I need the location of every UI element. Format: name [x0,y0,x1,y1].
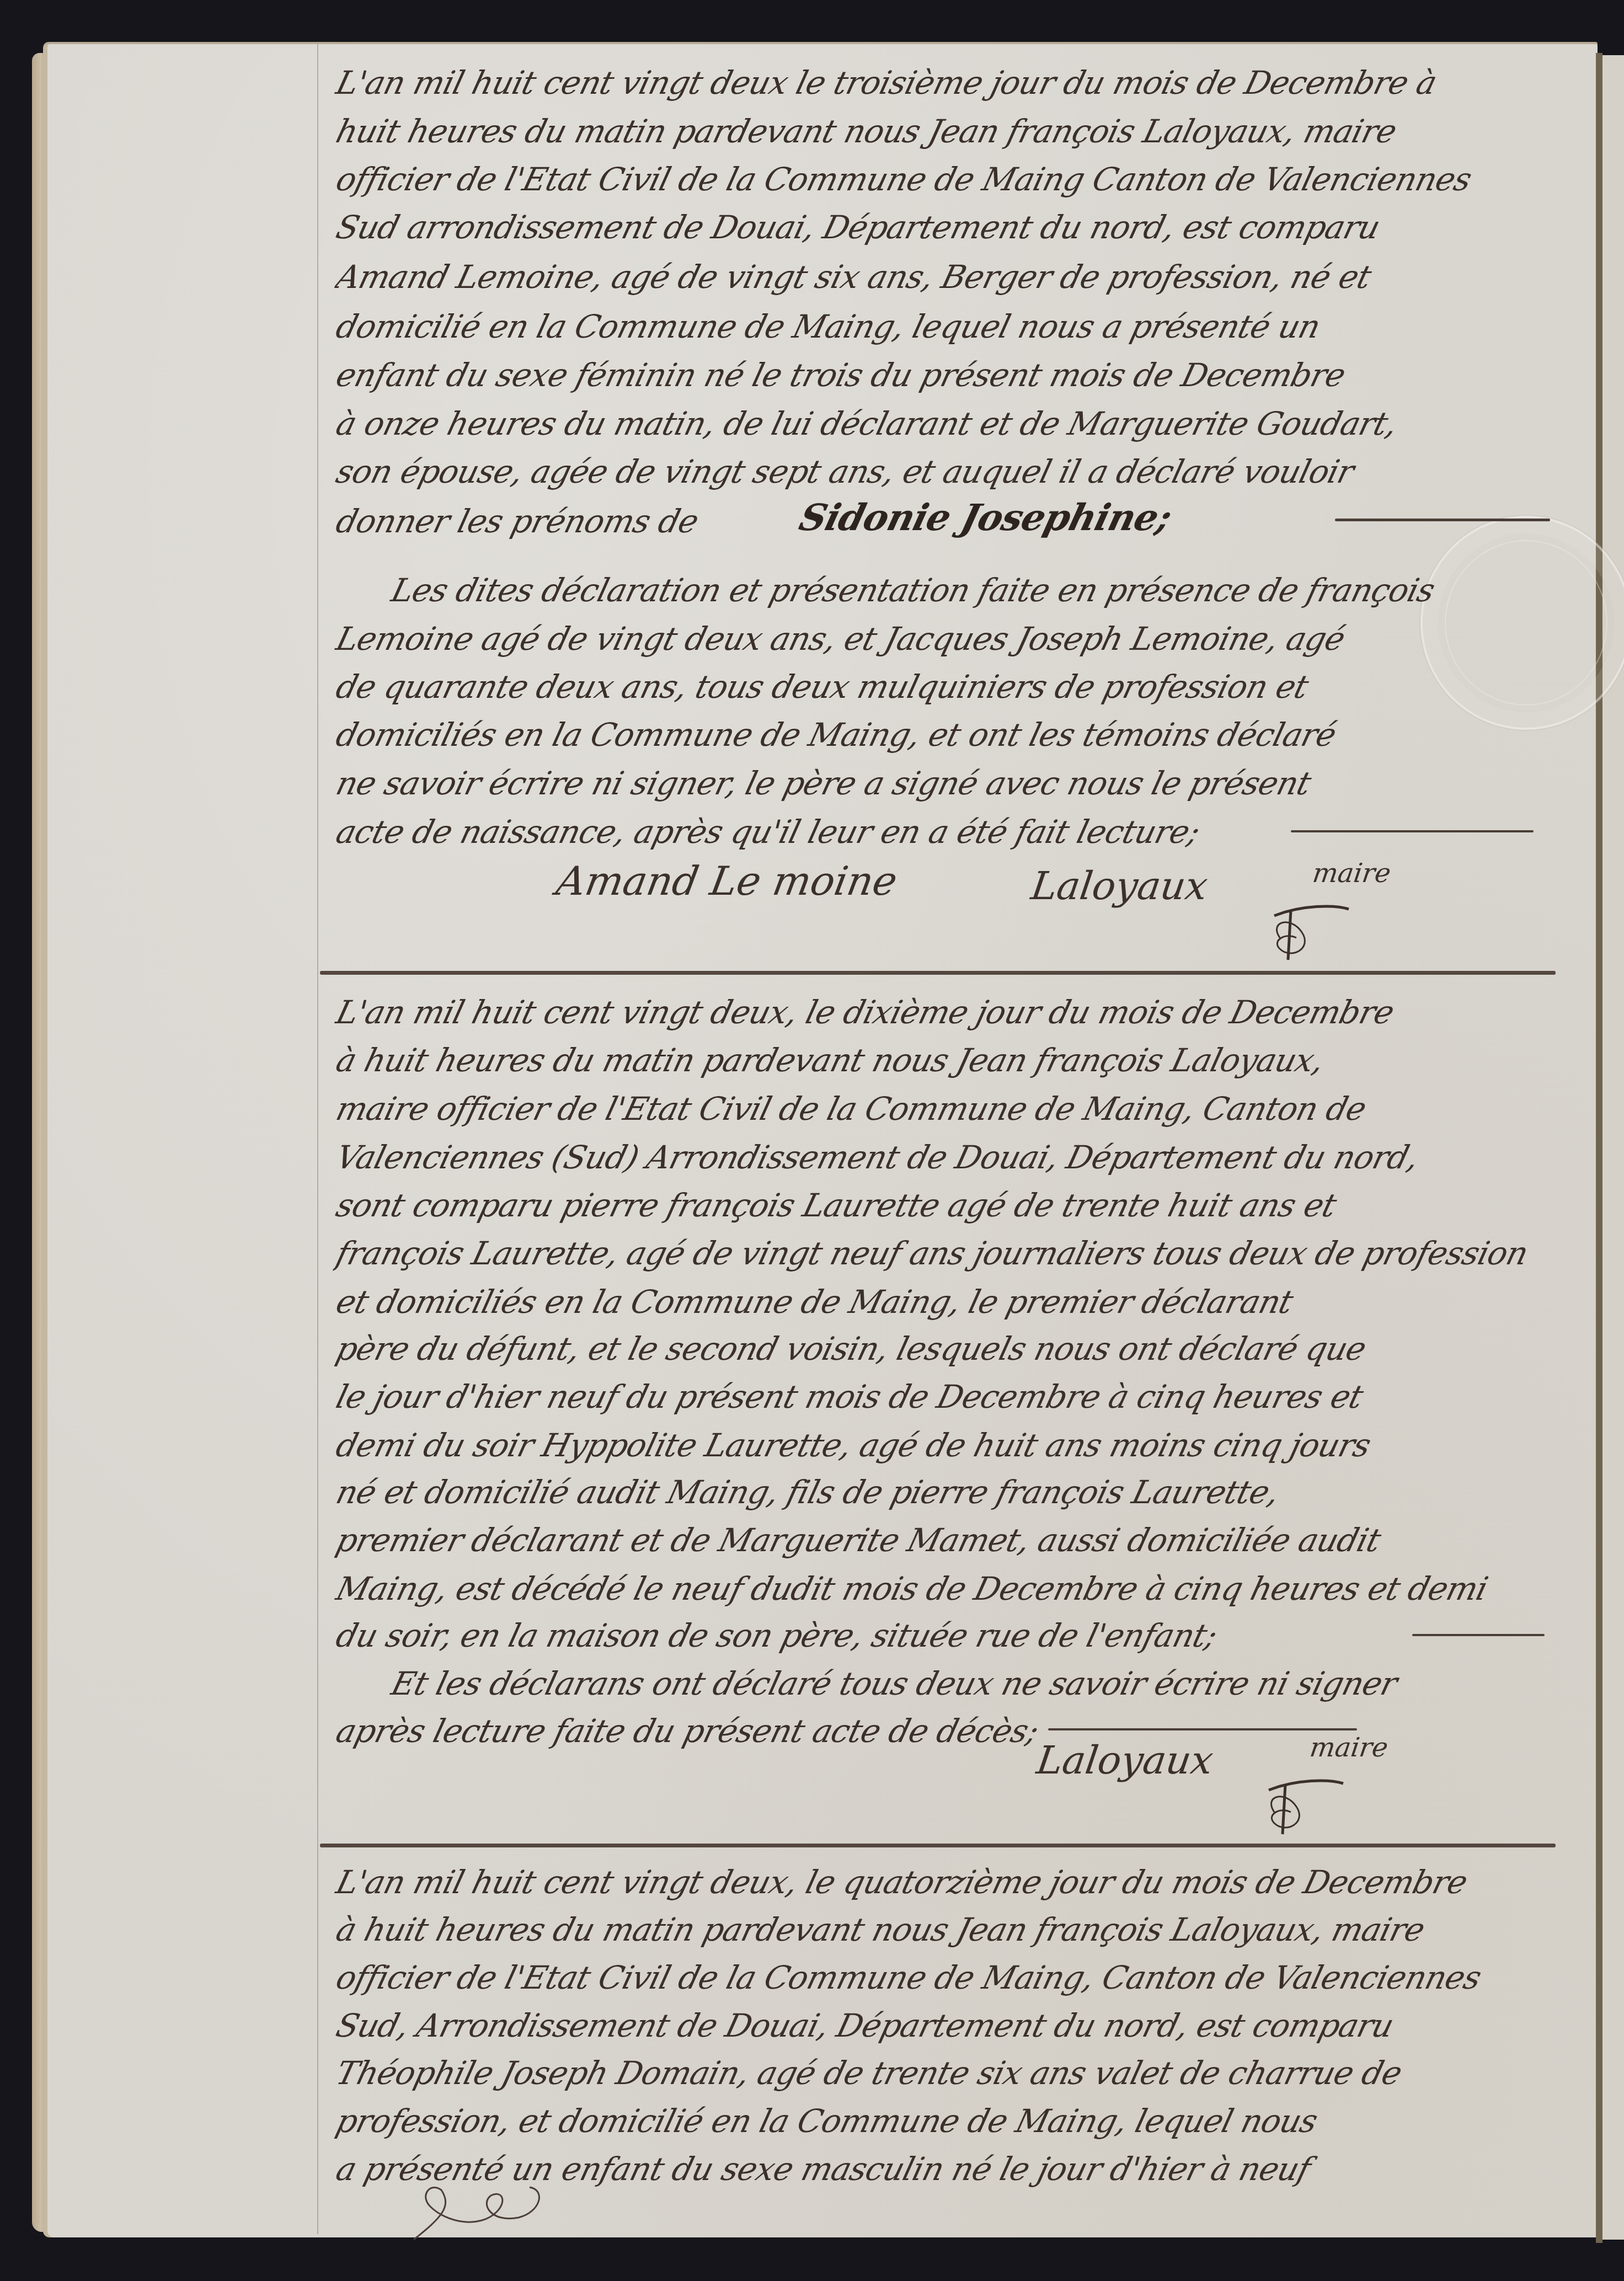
act-line: acte de naissance, après qu'il leur en a… [331,810,1280,856]
paraph-flourish-icon [1269,899,1351,965]
act-line: à huit heures du matin pardevant nous Je… [331,1908,1573,1954]
act-line: Sud, Arrondissement de Douai, Départemen… [331,2004,1573,2050]
act-line: françois Laurette, agé de vingt neuf ans… [331,1231,1573,1278]
act-line: Lemoine agé de vingt deux ans, et Jacque… [331,617,1573,663]
mayor-signature: Laloyaux [1034,1738,1216,1783]
line-filler [1048,1728,1357,1730]
act-line: demi du soir Hyppolite Laurette, agé de … [331,1423,1573,1470]
adjacent-page-edge [1602,55,1624,2240]
act-line: huit heures du matin pardevant nous Jean… [331,109,1573,156]
act-line: à onze heures du matin, de lui déclarant… [331,402,1573,448]
act-divider [320,971,1556,975]
catchword-flourish-icon [408,2184,640,2245]
binding-gutter [1596,53,1602,2243]
act-line: profession, et domicilié en la Commune d… [331,2099,1573,2145]
act-line: maire officier de l'Etat Civil de la Com… [331,1087,1573,1133]
act-line: officier de l'Etat Civil de la Commune d… [331,157,1573,204]
line-filler [1335,519,1550,521]
margin-rule [317,44,318,2234]
act-line: à huit heures du matin pardevant nous Je… [331,1038,1573,1085]
act-line: le jour d'hier neuf du présent mois de D… [331,1375,1573,1421]
act-line: donner les prénoms de [331,499,762,546]
act-line: Amand Lemoine, agé de vingt six ans, Ber… [331,255,1573,301]
act-line: et domiciliés en la Commune de Maing, le… [331,1280,1573,1326]
act-line: officier de l'Etat Civil de la Commune d… [331,1956,1573,2002]
act-line: après lecture faite du présent acte de d… [331,1709,1115,1755]
act-line: son épouse, agée de vingt sept ans, et a… [331,450,1573,496]
act-line: Les dites déclaration et présentation fa… [386,568,1573,615]
mayor-title: maire [1308,1732,1390,1763]
act-line: de quarante deux ans, tous deux mulquini… [331,665,1573,711]
act-line: domiciliés en la Commune de Maing, et on… [331,713,1573,759]
line-filler [1291,830,1534,832]
line-filler [1412,1634,1545,1636]
act-line: premier déclarant et de Marguerite Mamet… [331,1518,1573,1564]
act-line: du soir, en la maison de son père, situé… [331,1614,1391,1660]
act-line: enfant du sexe féminin né le trois du pr… [331,353,1573,399]
act-line: Sud arrondissement de Douai, Département… [331,205,1573,252]
act-line: Maing, est décédé le neuf dudit mois de … [331,1567,1573,1613]
mayor-signature: Laloyaux [1028,863,1210,909]
act-line: domicilié en la Commune de Maing, lequel… [331,305,1573,351]
act-line: Et les déclarans ont déclaré tous deux n… [386,1662,1573,1708]
paraph-flourish-icon [1263,1773,1346,1840]
act-line: L'an mil huit cent vingt deux, le quator… [331,1860,1573,1906]
act-line: Théophile Joseph Domain, agé de trente s… [331,2051,1573,2097]
act-line: père du défunt, et le second voisin, les… [331,1327,1573,1373]
declarant-signature: Amand Le moine [553,858,901,904]
mayor-title: maire [1311,858,1393,889]
act-line: L'an mil huit cent vingt deux, le dixièm… [331,990,1573,1037]
act-line: Valenciennes (Sud) Arrondissement de Dou… [331,1135,1573,1182]
act-line: ne savoir écrire ni signer, le père a si… [331,761,1573,808]
act-line: né et domicilié audit Maing, fils de pie… [331,1470,1573,1516]
given-names: Sidonie Josephine; [794,495,1302,542]
act-line: sont comparu pierre françois Laurette ag… [331,1183,1573,1230]
act-divider [320,1844,1556,1847]
act-line: L'an mil huit cent vingt deux le troisiè… [331,61,1573,107]
